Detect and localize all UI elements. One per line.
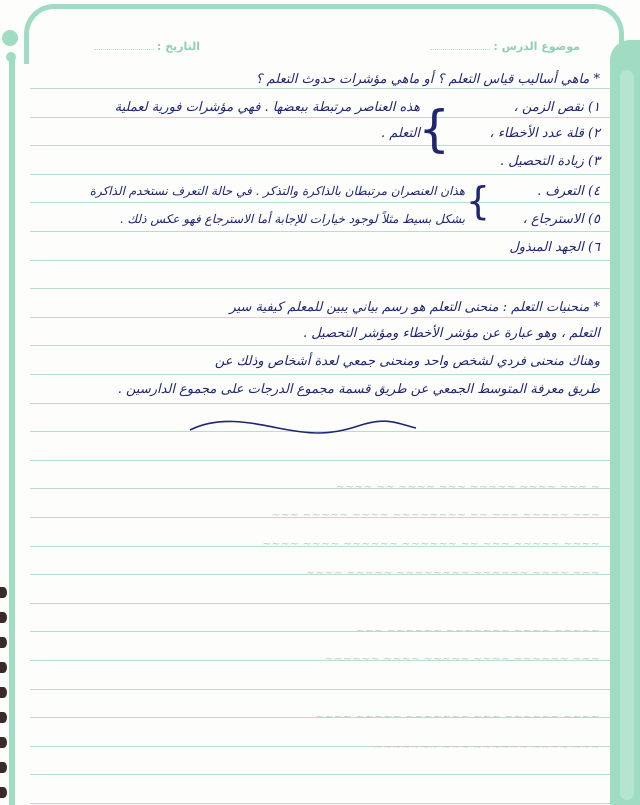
ruled-line [30, 174, 610, 175]
spiral-binding [0, 580, 8, 805]
bleed-through-line: ~~~~~ ~~~~ ~~~~~~~ ~~~~~~ ~~~ [40, 624, 600, 637]
paragraph-line: طريق معرفة المتوسط الجمعي عن طريق قسمة م… [118, 382, 600, 397]
date-field: التاريخ : [94, 40, 200, 53]
page-header: موضوع الدرس : التاريخ : [60, 40, 580, 60]
date-label: التاريخ : [157, 40, 200, 53]
list-item: ١) نقص الزمن ، [514, 100, 600, 115]
rail-ornament [2, 30, 18, 46]
bleed-through-line: ~~~ ~~~~~~ ~~~~ ~~~~~ ~~~~ ~~~~~~ [40, 652, 600, 665]
ruled-line [30, 689, 610, 690]
ruled-line [30, 117, 610, 118]
list-item: ٢) قلة عدد الأخطاء ، [490, 126, 600, 141]
group-note: التعلم . [381, 126, 420, 141]
list-item: ٦) الجهد المبذول [509, 240, 600, 255]
list-item: ٥) الاسترجاع ، [523, 212, 600, 227]
list-item: ٣) زيادة التحصيل . [500, 154, 600, 169]
notebook-page: موضوع الدرس : التاريخ : ~ ~~~ ~~~~ ~~~~~… [0, 0, 640, 805]
group-note: هذه العناصر مرتبطة ببعضها . فهي مؤشرات ف… [115, 100, 420, 115]
end-squiggle [188, 418, 418, 438]
list-item: ٤) التعرف . [537, 184, 600, 199]
ruled-line [30, 403, 610, 404]
ruled-line [30, 260, 610, 261]
grouping-brace: } [418, 104, 450, 154]
ruled-line [30, 803, 610, 804]
bleed-through-line: ~~~ ~~~~ ~~~~~~ ~~~ ~~~~~~~ [40, 740, 600, 753]
ruled-line [30, 460, 610, 461]
bleed-through-line: ~~~~ ~~~~~~ ~~~ ~~~~~~~ ~~~~~ ~~~~ [40, 710, 600, 723]
bleed-through-line: ~~~ ~~~~ ~~~~~~ ~~~~~~~~ ~~~~~ ~~~~ [40, 566, 600, 579]
rail-ornament-small [6, 52, 16, 62]
topic-label: موضوع الدرس : [493, 40, 580, 53]
question-line: * ماهي أساليب قياس التعلم ؟ أو ماهي مؤشر… [256, 72, 600, 87]
ruled-line [30, 231, 610, 232]
group-note: هذان العنصران مرتبطان بالذاكرة والتذكر .… [90, 184, 465, 198]
page-right-band-inner [620, 70, 634, 800]
ruled-line [30, 202, 610, 203]
paragraph-line: * منحنيات التعلم : منحنى التعلم هو رسم ب… [229, 300, 600, 315]
ruled-line [30, 603, 610, 604]
ruled-line [30, 317, 610, 318]
paragraph-line: وهناك منحنى فردي لشخص واحد ومنحنى جمعي ل… [215, 354, 600, 369]
ruled-line [30, 145, 610, 146]
bleed-through-line: ~ ~~~ ~~~~ ~~~~~ ~~~ ~~~~ ~~ ~~~~ [40, 480, 600, 493]
ruled-line [30, 374, 610, 375]
bleed-through-line: ~~~~ ~~~~~ ~~~ ~~ ~~~~~~ ~~~~~~ ~~~~ ~~~… [40, 537, 600, 550]
group-note: بشكل بسيط مثلاً لوجود خيارات للإجابة أما… [120, 212, 465, 226]
ruled-line [30, 288, 610, 289]
page-left-rail [9, 55, 15, 805]
bleed-through-line: ~~~ ~~~~~ ~~~ ~~ ~~~~~~~~ ~~~~ ~~~~~ ~~~ [40, 508, 600, 521]
ruled-line [30, 88, 610, 89]
ruled-line [30, 774, 610, 775]
topic-field: موضوع الدرس : [430, 40, 580, 53]
grouping-brace: } [466, 182, 490, 220]
ruled-line [30, 345, 610, 346]
paragraph-line: التعلم ، وهو عبارة عن مؤشر الأخطاء ومؤشر… [303, 326, 600, 341]
